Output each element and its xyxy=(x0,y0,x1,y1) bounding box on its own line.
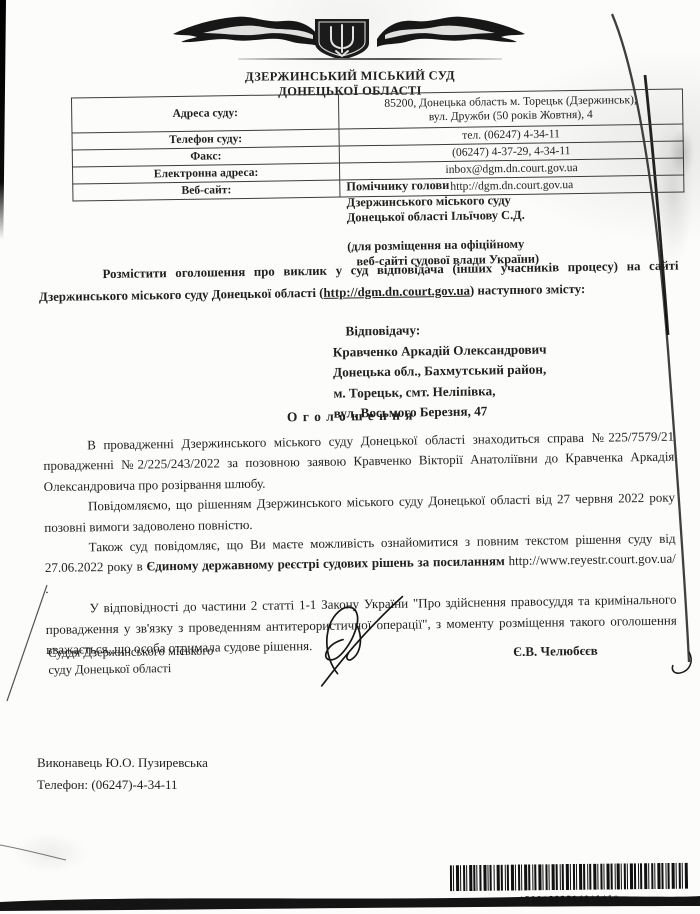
registry-bold-text: Єдиному державному реєстрі судових рішен… xyxy=(146,554,505,574)
table-label: Веб-сайт: xyxy=(73,180,340,201)
table-value: 85200, Донецька область м. Торецьк (Дзер… xyxy=(338,89,682,129)
judge-signature xyxy=(302,594,418,690)
table-label: Адреса суду: xyxy=(71,94,338,133)
addressee-line: Донецької області Ільїчову С.Д. xyxy=(347,208,539,226)
respondent-address-line: Донецька обл., Бахмутський район, xyxy=(333,360,547,384)
judge-role-line: Суддя Дзержинського міського xyxy=(48,642,213,661)
executor-block: Виконавець Ю.О. Пузиревська Телефон: (06… xyxy=(37,752,208,796)
judge-name: Є.В. Челюбєєв xyxy=(513,643,598,660)
address-line2: вул. Дружби (50 років Жовтня), 4 xyxy=(429,108,593,123)
judge-role-line: суду Донецької області xyxy=(48,659,213,678)
barcode-bars xyxy=(450,863,688,891)
announcement-paragraph: Також суд повідомляє, що Ви маєте можлив… xyxy=(44,529,676,600)
addressee-block: Помічнику голови Дзержинського міського … xyxy=(346,177,539,270)
scanned-document-page: ДЗЕРЖИНСЬКИЙ МІСЬКИЙ СУД ДОНЕЦЬКОЇ ОБЛАС… xyxy=(0,0,700,914)
instruction-text: ) наступного змісту: xyxy=(470,281,585,297)
instruction-paragraph: Розмістити оголошення про виклик у суд в… xyxy=(38,256,679,308)
executor-phone-line: Телефон: (06247)-4-34-11 xyxy=(37,774,208,796)
executor-name-line: Виконавець Ю.О. Пузиревська xyxy=(37,752,208,774)
announcement-paragraph: В провадженні Дзержинського міського суд… xyxy=(43,427,675,498)
court-website-url: http://dgm.dn.court.gov.ua xyxy=(323,283,470,299)
barcode: *510*8825140*1*1* xyxy=(450,863,688,906)
address-line1: 85200, Донецька область м. Торецьк (Дзер… xyxy=(384,93,637,110)
judge-role-block: Суддя Дзержинського міського суду Донець… xyxy=(48,642,214,678)
